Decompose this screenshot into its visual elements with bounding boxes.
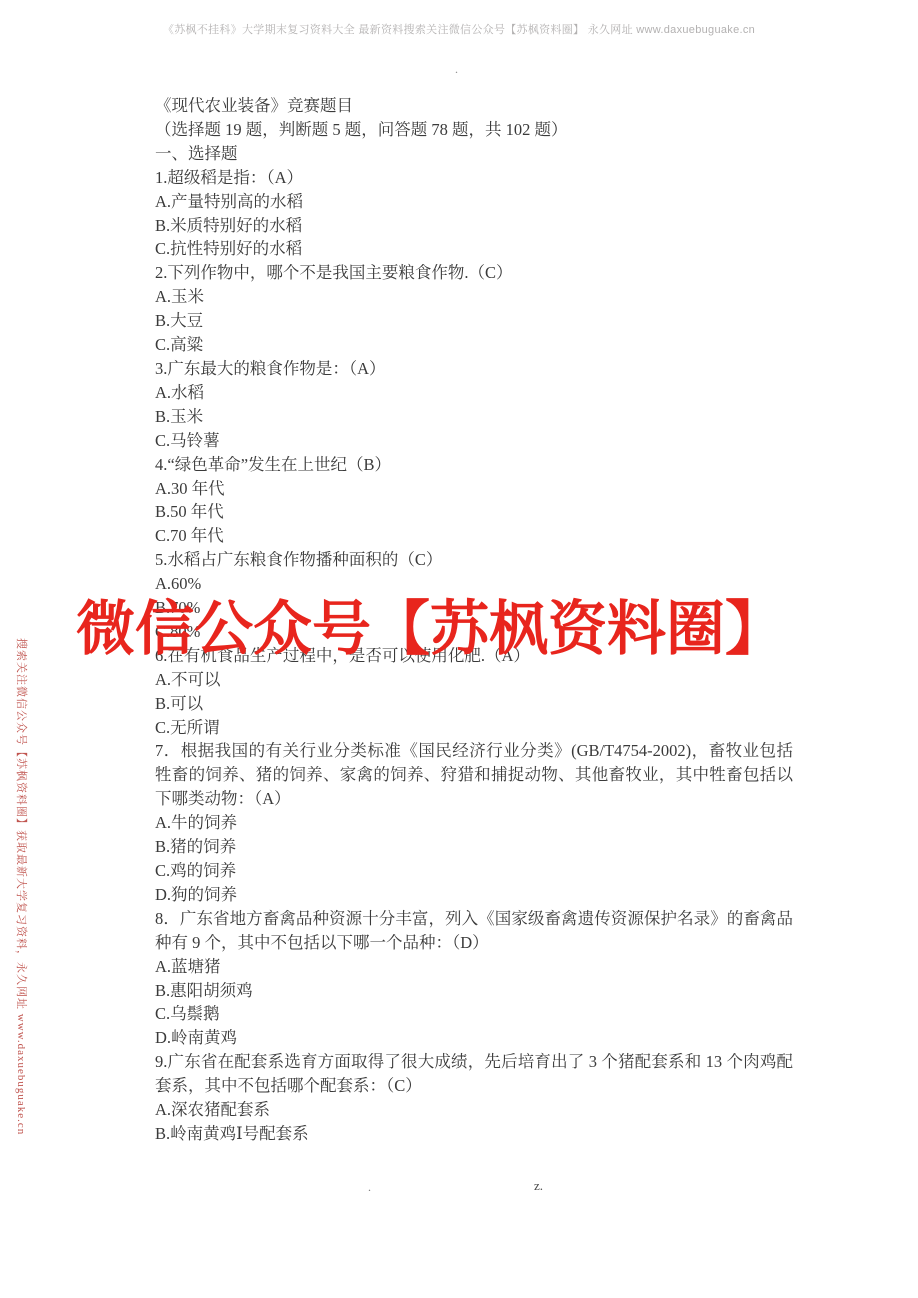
question-option: B.猪的饲养 — [155, 835, 793, 859]
question-option: A.水稻 — [155, 381, 793, 405]
question-stem: 5.水稻占广东粮食作物播种面积的（C） — [155, 548, 793, 572]
document-subtitle: （选择题 19 题，判断题 5 题，问答题 78 题，共 102 题） — [155, 118, 793, 142]
question-option: A.60% — [155, 572, 793, 596]
question-option: B.米质特别好的水稻 — [155, 214, 793, 238]
question-option: A.深农猪配套系 — [155, 1098, 793, 1122]
question-option: D.狗的饲养 — [155, 883, 793, 907]
question-stem: 9.广东省在配套系选育方面取得了很大成绩，先后培育出了 3 个猪配套系和 13 … — [155, 1050, 793, 1098]
top-dot-mark: . — [455, 62, 458, 77]
question-option: C.乌鬃鹅 — [155, 1002, 793, 1026]
question-option: A.玉米 — [155, 285, 793, 309]
question-option: A.产量特别高的水稻 — [155, 190, 793, 214]
question-option: A.不可以 — [155, 668, 793, 692]
question-stem: 7．根据我国的有关行业分类标准《国民经济行业分类》(GB/T4754-2002)… — [155, 739, 793, 811]
header-notice: 《苏枫不挂科》大学期末复习资料大全 最新资料搜索关注微信公众号【苏枫资料圈】 永… — [0, 21, 918, 37]
question-option: C.无所谓 — [155, 716, 793, 740]
watermark-side-vertical: 搜索关注微信公众号【苏枫资料圈】获取最新大学复习资料，永久网址 www.daxu… — [14, 638, 30, 1135]
question-option: C.高粱 — [155, 333, 793, 357]
question-list: 1.超级稻是指：（A）A.产量特别高的水稻B.米质特别好的水稻C.抗性特别好的水… — [155, 166, 793, 1146]
question-option: B.玉米 — [155, 405, 793, 429]
question-option: B.大豆 — [155, 309, 793, 333]
footer-dot-mark: . — [368, 1180, 371, 1195]
question-option: C.70 年代 — [155, 524, 793, 548]
question-option: B.岭南黄鸡Ⅰ号配套系 — [155, 1122, 793, 1146]
question-stem: 4.“绿色革命”发生在上世纪（B） — [155, 453, 793, 477]
question-option: A.蓝塘猪 — [155, 955, 793, 979]
question-option: C.抗性特别好的水稻 — [155, 237, 793, 261]
question-stem: 6.在有机食品生产过程中，是否可以使用化肥.（A） — [155, 644, 793, 668]
question-stem: 3.广东最大的粮食作物是：（A） — [155, 357, 793, 381]
question-option: C.马铃薯 — [155, 429, 793, 453]
question-option: B.可以 — [155, 692, 793, 716]
document-page: 《苏枫不挂科》大学期末复习资料大全 最新资料搜索关注微信公众号【苏枫资料圈】 永… — [0, 0, 918, 1298]
question-option: C.80% — [155, 620, 793, 644]
question-stem: 1.超级稻是指：（A） — [155, 166, 793, 190]
question-option: B.50 年代 — [155, 500, 793, 524]
question-option: D.岭南黄鸡 — [155, 1026, 793, 1050]
question-option: C.鸡的饲养 — [155, 859, 793, 883]
question-stem: 2.下列作物中，哪个不是我国主要粮食作物.（C） — [155, 261, 793, 285]
question-option: A.牛的饲养 — [155, 811, 793, 835]
document-content: 《现代农业装备》竞赛题目 （选择题 19 题，判断题 5 题，问答题 78 题，… — [155, 94, 793, 1146]
question-option: B.70% — [155, 596, 793, 620]
question-option: A.30 年代 — [155, 477, 793, 501]
document-title: 《现代农业装备》竞赛题目 — [155, 94, 793, 118]
question-stem: 8．广东省地方畜禽品种资源十分丰富，列入《国家级畜禽遗传资源保护名录》的畜禽品种… — [155, 907, 793, 955]
footer-z-mark: z. — [534, 1178, 543, 1194]
question-option: B.惠阳胡须鸡 — [155, 979, 793, 1003]
section-heading: 一、选择题 — [155, 142, 793, 166]
